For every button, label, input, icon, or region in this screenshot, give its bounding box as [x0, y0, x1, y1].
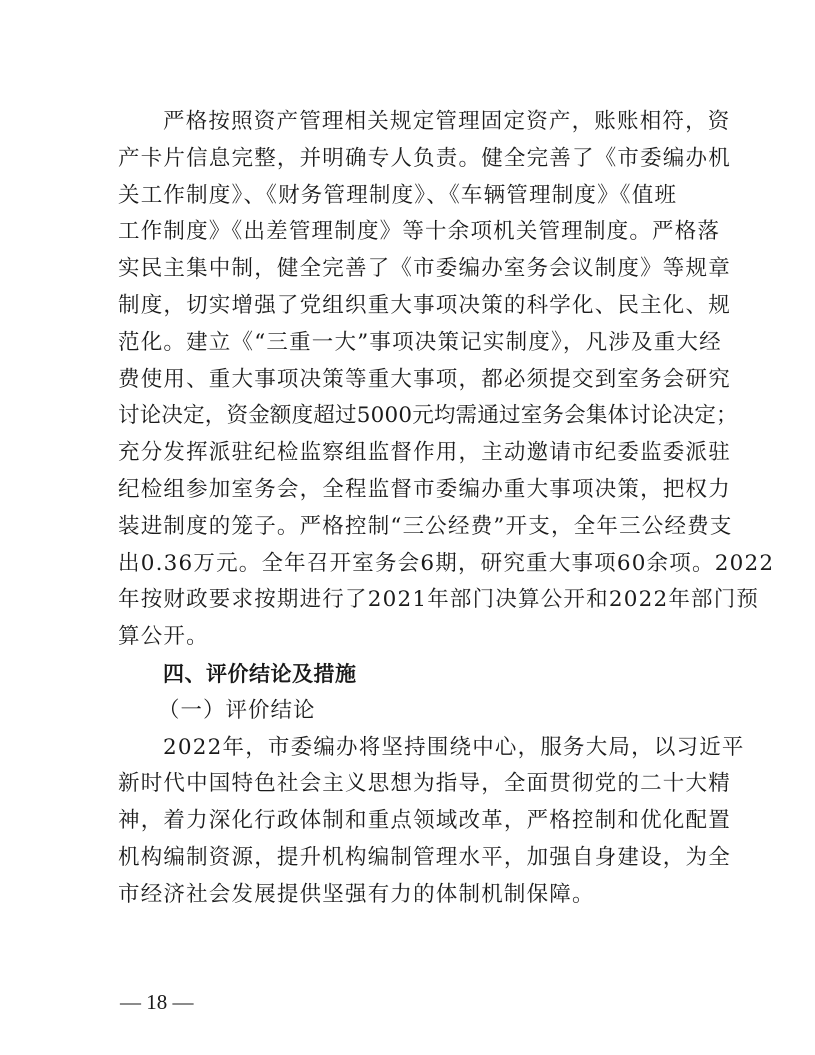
document-page: 严格按照资产管理相关规定管理固定资产，账账相符，资 产卡片信息完整，并明确专人负…: [118, 104, 694, 914]
text-line: 机构编制资源，提升机构编制管理水平，加强自身建设，为全: [118, 840, 694, 877]
text-line: 充分发挥派驻纪检监察组监督作用，主动邀请市纪委监委派驻: [118, 435, 694, 472]
subsection-heading: （一）评价结论: [118, 693, 694, 730]
text-line: 2022年，市委编办将坚持围绕中心，服务大局，以习近平: [118, 730, 694, 767]
text-line: 纪检组参加室务会，全程监督市委编办重大事项决策，把权力: [118, 472, 694, 509]
text-line: 新时代中国特色社会主义思想为指导，全面贯彻党的二十大精: [118, 766, 694, 803]
section-heading: 四、评价结论及措施: [118, 656, 694, 693]
text-line: 装进制度的笼子。严格控制“三公经费”开支，全年三公经费支: [118, 509, 694, 546]
text-line: 市经济社会发展提供坚强有力的体制机制保障。: [118, 877, 694, 914]
text-line: 工作制度》《出差管理制度》等十余项机关管理制度。严格落: [118, 214, 694, 251]
text-line: 关工作制度》、《财务管理制度》、《车辆管理制度》《值班: [118, 178, 694, 215]
text-line: 年按财政要求按期进行了2021年部门决算公开和2022年部门预: [118, 582, 694, 619]
text-line: 神，着力深化行政体制和重点领域改革，严格控制和优化配置: [118, 803, 694, 840]
text-line: 出0.36万元。全年召开室务会6期，研究重大事项60余项。2022: [118, 546, 694, 583]
text-line: 严格按照资产管理相关规定管理固定资产，账账相符，资: [118, 104, 694, 141]
text-line: 实民主集中制，健全完善了《市委编办室务会议制度》等规章: [118, 251, 694, 288]
page-number: — 18 —: [120, 990, 194, 1015]
paragraph-asset-management: 严格按照资产管理相关规定管理固定资产，账账相符，资 产卡片信息完整，并明确专人负…: [118, 104, 694, 656]
text-line: 费使用、重大事项决策等重大事项，都必须提交到室务会研究: [118, 362, 694, 399]
text-line: 讨论决定，资金额度超过5000元均需通过室务会集体讨论决定；: [118, 398, 694, 435]
text-line: 算公开。: [118, 619, 694, 656]
text-line: 产卡片信息完整，并明确专人负责。健全完善了《市委编办机: [118, 141, 694, 178]
text-line: 制度，切实增强了党组织重大事项决策的科学化、民主化、规: [118, 288, 694, 325]
text-line: 范化。建立《“三重一大”事项决策记实制度》，凡涉及重大经: [118, 325, 694, 362]
paragraph-evaluation-conclusion: 2022年，市委编办将坚持围绕中心，服务大局，以习近平 新时代中国特色社会主义思…: [118, 730, 694, 914]
